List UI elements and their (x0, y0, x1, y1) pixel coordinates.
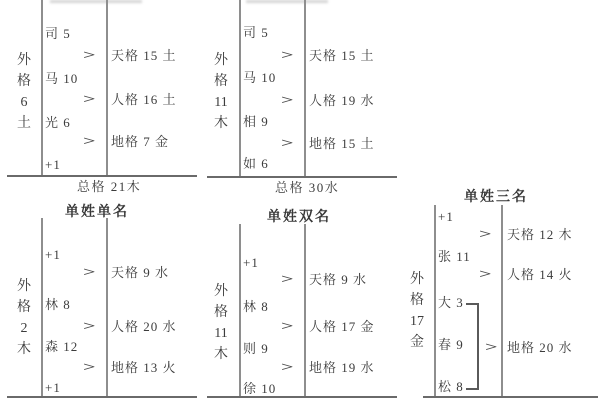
outer-grid-char: 外 (410, 271, 424, 288)
earth-grid-label: 地格 13 火 (111, 360, 177, 376)
earth-grid-label: 地格 20 水 (507, 340, 573, 356)
person-grid-label: 人格 20 水 (111, 319, 177, 335)
arrow-icon: > (479, 227, 492, 241)
column-line-left (434, 205, 436, 398)
name-stroke-entry: +1 (243, 255, 259, 271)
total-grid-label: 总格 30水 (275, 180, 339, 196)
outer-grid-char: 外 (214, 52, 228, 69)
name-stroke-entry: +1 (45, 380, 61, 396)
outer-grid-char: 木 (214, 115, 228, 132)
name-stroke-entry: +1 (438, 209, 454, 225)
name-stroke-entry: 司 5 (243, 25, 269, 41)
outer-grid-char: 17 (410, 313, 424, 330)
name-stroke-entry: 大 3 (438, 295, 464, 311)
arrow-icon: > (479, 267, 492, 281)
diagram-title: 单姓三名 (464, 186, 528, 206)
diagram-title: 单姓双名 (267, 206, 331, 226)
outer-grid-char: 金 (410, 334, 424, 351)
name-stroke-entry: 则 9 (243, 341, 269, 357)
outer-grid-char: 木 (214, 346, 228, 363)
outer-grid-label: 外 格 17 金 (402, 271, 432, 351)
name-stroke-entry: 徐 10 (243, 381, 276, 397)
arrow-icon: > (83, 48, 96, 62)
arrow-icon: > (83, 319, 96, 333)
cropped-text-remnant (50, 0, 142, 3)
person-grid-label: 人格 14 火 (507, 267, 573, 283)
group-bracket (477, 303, 479, 390)
total-line (423, 396, 598, 398)
arrow-icon: > (83, 360, 96, 374)
outer-grid-char: 格 (17, 73, 31, 90)
cropped-text-remnant (246, 0, 328, 3)
total-line (7, 175, 197, 177)
outer-grid-label: 外 格 11 木 (206, 283, 236, 363)
name-stroke-entry: +1 (45, 157, 61, 173)
outer-grid-char: 6 (21, 94, 28, 111)
name-stroke-entry: 春 9 (438, 337, 464, 353)
earth-grid-label: 地格 15 土 (309, 136, 375, 152)
outer-grid-char: 木 (17, 341, 31, 358)
outer-grid-char: 格 (214, 73, 228, 90)
arrow-icon: > (83, 134, 96, 148)
total-grid-label: 总格 21木 (77, 179, 141, 195)
heaven-grid-label: 天格 9 水 (309, 272, 367, 288)
arrow-icon: > (281, 360, 294, 374)
heaven-grid-label: 天格 9 水 (111, 265, 169, 281)
outer-grid-char: 格 (17, 299, 31, 316)
column-line-left (41, 218, 43, 398)
outer-grid-char: 外 (17, 52, 31, 69)
column-line-left (41, 0, 43, 176)
outer-grid-char: 11 (214, 325, 227, 342)
name-stroke-entry: 马 10 (45, 71, 78, 87)
person-grid-label: 人格 17 金 (309, 319, 375, 335)
name-stroke-entry: 松 8 (438, 379, 464, 395)
arrow-icon: > (281, 93, 294, 107)
arrow-icon: > (281, 272, 294, 286)
person-grid-label: 人格 16 土 (111, 92, 177, 108)
heaven-grid-label: 天格 12 木 (507, 227, 573, 243)
column-line-right (304, 224, 306, 398)
arrow-icon: > (83, 265, 96, 279)
outer-grid-char: 外 (214, 283, 228, 300)
name-stroke-entry: 马 10 (243, 70, 276, 86)
name-stroke-entry: 林 8 (243, 299, 269, 315)
heaven-grid-label: 天格 15 土 (111, 48, 177, 64)
total-line (207, 176, 397, 178)
column-line-left (239, 0, 241, 177)
person-grid-label: 人格 19 水 (309, 93, 375, 109)
name-stroke-entry: 林 8 (45, 297, 71, 313)
total-line (207, 396, 397, 398)
outer-grid-char: 格 (214, 304, 228, 321)
name-stroke-entry: 相 9 (243, 114, 269, 130)
name-stroke-entry: 张 11 (438, 249, 471, 265)
outer-grid-char: 11 (214, 94, 227, 111)
outer-grid-char: 格 (410, 292, 424, 309)
earth-grid-label: 地格 7 金 (111, 134, 169, 150)
heaven-grid-label: 天格 15 土 (309, 48, 375, 64)
total-line (7, 396, 197, 398)
arrow-icon: > (281, 136, 294, 150)
column-line-left (239, 224, 241, 398)
outer-grid-char: 土 (17, 115, 31, 132)
outer-grid-label: 外 格 11 木 (206, 52, 236, 132)
outer-grid-char: 外 (17, 278, 31, 295)
diagram-title: 单姓单名 (65, 201, 129, 221)
arrow-icon: > (281, 48, 294, 62)
outer-grid-label: 外 格 6 土 (9, 52, 39, 132)
name-stroke-entry: 司 5 (45, 26, 71, 42)
column-line-right (304, 0, 306, 177)
column-line-right (501, 205, 503, 398)
arrow-icon: > (281, 319, 294, 333)
column-line-right (106, 218, 108, 398)
arrow-icon: > (83, 92, 96, 106)
outer-grid-char: 2 (21, 320, 28, 337)
arrow-icon: > (485, 340, 498, 354)
name-stroke-entry: 光 6 (45, 115, 71, 131)
name-numerology-diagram-sheet: 外 格 6 土 司 5 马 10 光 6 +1 > > > 天格 15 土 人格… (0, 0, 600, 400)
outer-grid-label: 外 格 2 木 (9, 278, 39, 358)
name-stroke-entry: 如 6 (243, 156, 269, 172)
group-bracket (466, 388, 479, 390)
name-stroke-entry: +1 (45, 247, 61, 263)
name-stroke-entry: 森 12 (45, 339, 78, 355)
earth-grid-label: 地格 19 水 (309, 360, 375, 376)
column-line-right (106, 0, 108, 176)
